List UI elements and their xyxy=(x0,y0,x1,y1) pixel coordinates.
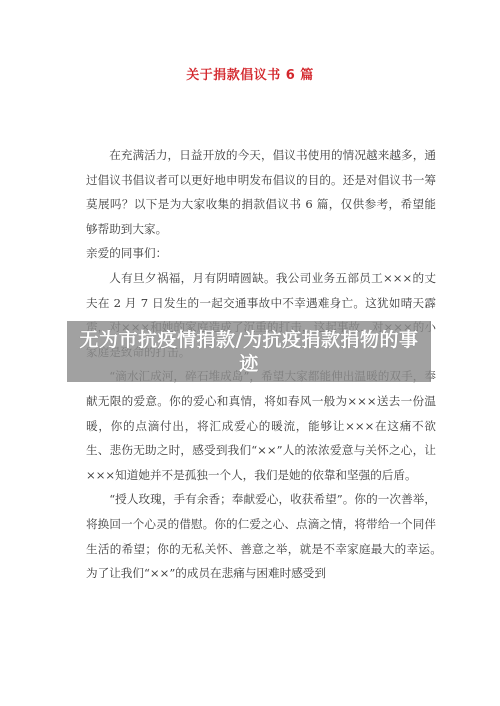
intro-paragraph: 在充满活力，日益开放的今天，倡议书使用的情况越来越多，通过倡议书倡议者可以更好地… xyxy=(86,143,436,241)
body-paragraph-2: “滴水汇成河，碎石堆成岛”，希望大家都能伸出温暖的双手，奉献无限的爱意。你的爱心… xyxy=(86,364,436,487)
body-paragraph-3: “授人玫瑰，手有余香；奉献爱心，收获希望”。你的一次善举，将换回一个心灵的借慰。… xyxy=(86,487,436,585)
overlay-headline: 无为市抗疫情捐款/为抗疫捐款捐物的事迹 xyxy=(79,328,419,376)
document-page: 关于捐款倡议书 6 篇 在充满活力，日益开放的今天，倡议书使用的情况越来越多，通… xyxy=(0,0,500,706)
headline-overlay-banner: 无为市抗疫情捐款/为抗疫捐款捐物的事迹 xyxy=(67,321,431,382)
salutation: 亲爱的同事们： xyxy=(86,241,436,266)
document-title: 关于捐款倡议书 6 篇 xyxy=(0,64,500,83)
